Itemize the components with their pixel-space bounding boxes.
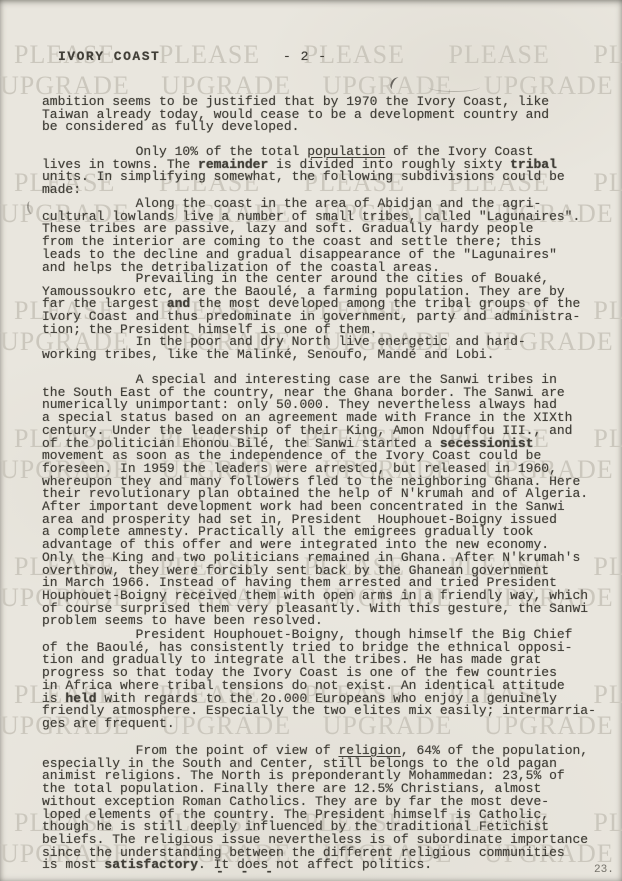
page-number: - 2 - [283,51,327,64]
document-title: IVORY COAST [58,51,160,64]
document-page: PLEASE PLEASE PLEASE PLEASE PLEASE PLEAS… [0,0,622,881]
paragraph-population: Only 10% of the total population of the … [42,146,565,197]
paragraph-baoule: Prevailing in the center around the citi… [42,273,580,337]
pen-smudge-arc [428,82,480,92]
end-divider: - - - [216,866,273,879]
paragraph-sanwi: A special and interesting case are the S… [42,374,588,628]
corner-page-number: 23. [594,864,614,877]
paragraph-north-tribes: In the poor and dry North live energetic… [42,336,526,361]
paragraph-intro: ambition seems to be justified that by 1… [42,96,549,134]
paragraph-integration: President Houphouet-Boigny, though himse… [42,629,596,731]
paragraph-religion: From the point of view of religion, 64% … [42,745,588,872]
paragraph-lagunaires: Along the coast in the area of Abidjan a… [42,198,580,274]
